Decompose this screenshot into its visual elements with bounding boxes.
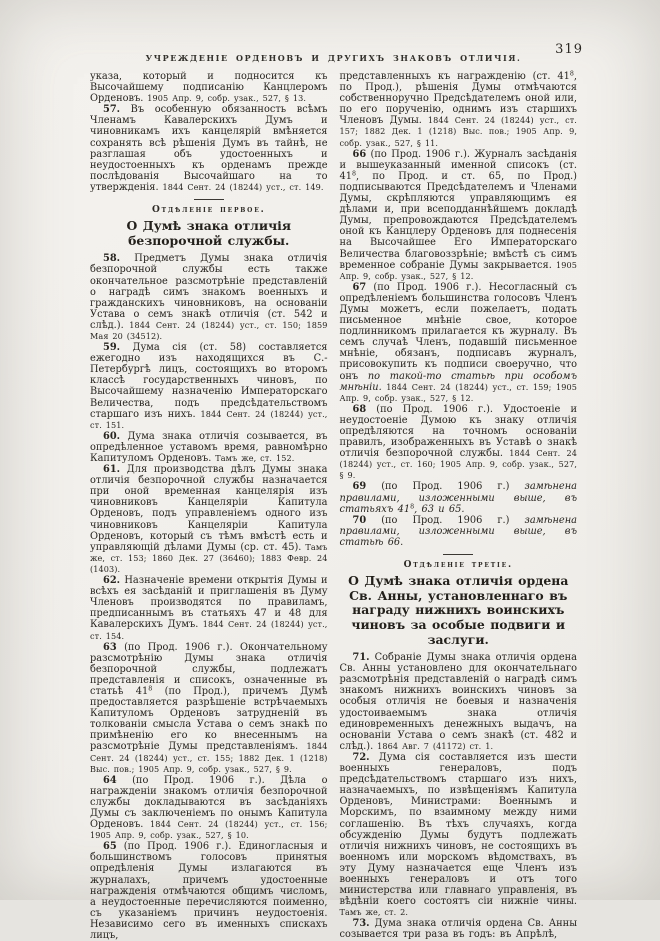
citation: Тамъ же, ст. 2.	[340, 907, 409, 917]
article-paragraph: 73. Дума знака отличія ордена Св. Анны с…	[340, 918, 578, 940]
article-paragraph: 64 (по Прод. 1906 г.). Дѣла о награждені…	[90, 775, 328, 842]
article-number: 66	[353, 149, 367, 160]
article-number: 58.	[103, 253, 120, 264]
article-paragraph: 59. Дума сія (ст. 58) составляется ежего…	[90, 342, 328, 431]
article-number: 60.	[103, 431, 120, 442]
section-divider	[443, 554, 473, 555]
citation: 1844 Сент. 24 (18244) уст., ст. 149.	[159, 182, 324, 192]
right-column: представленныхъ къ награжденію (ст. 418,…	[340, 71, 578, 941]
text-run: (по Прод. 1906 г.)	[366, 515, 524, 526]
page-title: УЧРЕЖДЕНІЕ ОРДЕНОВЪ И ДРУГИХЪ ЗНАКОВЪ ОТ…	[146, 53, 522, 63]
article-paragraph: 71. Собраніе Думы знака отличія ордена С…	[340, 652, 578, 752]
citation: Тамъ же, ст. 152.	[211, 453, 294, 463]
article-number: 62.	[103, 575, 120, 586]
article-paragraph: 65 (по Прод. 1906 г.). Единогласныя и бо…	[90, 841, 328, 941]
text-run: (по Прод. 1906 г.). Единогласныя и больш…	[90, 841, 328, 941]
article-paragraph: 68 (по Прод. 1906 г.). Удостоеніе и неуд…	[340, 404, 578, 482]
italic-run: , 63 и 65.	[414, 504, 464, 515]
article-paragraph: 58. Предметъ Думы знака отличія безпороч…	[90, 253, 328, 342]
citation: 1864 Авг. 7 (41172) ст. 1.	[373, 741, 493, 751]
text-run: , по Прод. и ст. 65, по Прод.) подписыва…	[340, 171, 578, 271]
text-run: представленныхъ къ награжденію (ст. 41	[340, 71, 570, 82]
citation: 1844 Сент. 24 (18244) уст., ст. 150; 185…	[90, 320, 328, 341]
article-number: 72.	[353, 752, 370, 763]
article-number: 71.	[353, 652, 370, 663]
article-number: 68	[353, 404, 367, 415]
section-divider	[194, 199, 224, 200]
article-number: 61.	[103, 464, 120, 475]
article-paragraph: 57. Въ особенную обязанность всѣмъ Члена…	[90, 104, 328, 193]
text-run: Дума знака отличія ордена Св. Анны созыв…	[340, 918, 578, 940]
text-run: Собраніе Думы знака отличія ордена Св. А…	[340, 652, 578, 752]
article-number: 64	[103, 775, 117, 786]
article-paragraph: 72. Дума сія составляется изъ шести воен…	[340, 752, 578, 918]
article-number: 69	[353, 481, 367, 492]
citation: 1905 Апр. 9, собр. узак., 527, § 13.	[143, 93, 306, 103]
left-column: указа, который и подносится къ Высочайше…	[90, 71, 328, 941]
page-number: 319	[555, 42, 583, 57]
article-number: 57.	[103, 104, 120, 115]
article-paragraph: указа, который и подносится къ Высочайше…	[90, 71, 328, 104]
chapter-heading: О Думѣ знака отличія ордена Св. Анны, ус…	[340, 574, 578, 647]
text-run: Въ особенную обязанность всѣмъ Членамъ К…	[90, 104, 328, 193]
article-paragraph: 67 (по Прод. 1906 г.). Несогласный съ оп…	[340, 282, 578, 404]
article-paragraph: представленныхъ къ награжденію (ст. 418,…	[340, 71, 578, 149]
article-paragraph: 66 (по Прод. 1906 г.). Журналъ засѣданія…	[340, 149, 578, 282]
chapter-heading: О Думѣ знака отличія безпорочной службы.	[90, 219, 328, 248]
article-number: 59.	[103, 342, 120, 353]
text-run: (по Прод. 1906 г.). Несогласный съ опред…	[340, 282, 578, 382]
scanned-page: УЧРЕЖДЕНІЕ ОРДЕНОВЪ И ДРУГИХЪ ЗНАКОВЪ ОТ…	[0, 0, 660, 900]
article-number: 70	[353, 515, 367, 526]
running-header: УЧРЕЖДЕНІЕ ОРДЕНОВЪ И ДРУГИХЪ ЗНАКОВЪ ОТ…	[90, 46, 577, 62]
article-paragraph: 63 (по Прод. 1906 г.). Окончательному ра…	[90, 642, 328, 775]
article-paragraph: 62. Назначеніе времени открытія Думы и в…	[90, 575, 328, 642]
article-number: 63	[103, 642, 117, 653]
article-paragraph: 69 (по Прод. 1906 г.) замѣнена правилами…	[340, 481, 578, 514]
article-paragraph: 60. Дума знака отличія созывается, въ оп…	[90, 431, 328, 464]
text-run: Для производства дѣлъ Думы знака отличія…	[90, 464, 328, 553]
article-number: 73.	[353, 918, 370, 929]
article-number: 67	[353, 282, 367, 293]
text-run: Дума сія составляется изъ шести военныхъ…	[340, 752, 578, 907]
article-paragraph: 70 (по Прод. 1906 г.) замѣнена правилами…	[340, 515, 578, 548]
text-columns: указа, который и подносится къ Высочайше…	[90, 71, 577, 941]
section-heading: Отдѣленіе первое.	[90, 205, 328, 216]
section-heading: Отдѣленіе третіе.	[340, 560, 578, 571]
article-paragraph: 61. Для производства дѣлъ Думы знака отл…	[90, 464, 328, 575]
text-run: (по Прод. 1906 г.)	[366, 481, 524, 492]
article-number: 65	[103, 841, 117, 852]
